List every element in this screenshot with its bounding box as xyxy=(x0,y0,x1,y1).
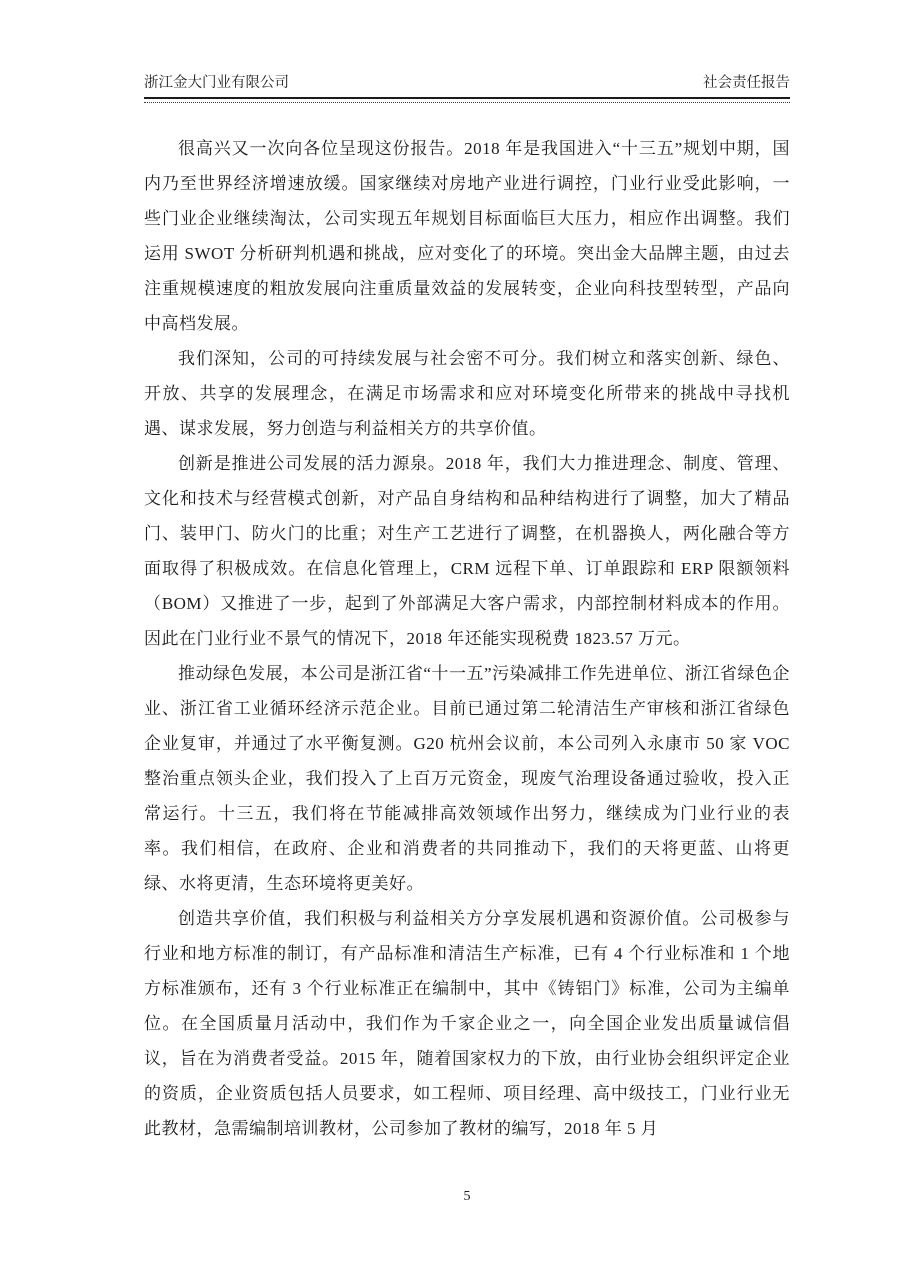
document-page: 浙江金大门业有限公司 社会责任报告 很高兴又一次向各位呈现这份报告。2018 年… xyxy=(0,0,900,1261)
page-header: 浙江金大门业有限公司 社会责任报告 xyxy=(144,74,790,92)
paragraph-5: 创造共享价值，我们积极与利益相关方分享发展机遇和资源价值。公司极参与行业和地方标… xyxy=(144,901,790,1146)
header-company-name: 浙江金大门业有限公司 xyxy=(144,74,289,92)
page-footer: 5 xyxy=(144,1189,790,1205)
paragraph-4: 推动绿色发展，本公司是浙江省“十一五”污染减排工作先进单位、浙江省绿色企业、浙江… xyxy=(144,656,790,901)
header-rule-dotted xyxy=(144,102,790,103)
paragraph-2: 我们深知，公司的可持续发展与社会密不可分。我们树立和落实创新、绿色、开放、共享的… xyxy=(144,341,790,446)
paragraph-1: 很高兴又一次向各位呈现这份报告。2018 年是我国进入“十三五”规划中期，国内乃… xyxy=(144,131,790,341)
document-body: 很高兴又一次向各位呈现这份报告。2018 年是我国进入“十三五”规划中期，国内乃… xyxy=(144,131,790,1146)
page-number: 5 xyxy=(464,1189,471,1204)
paragraph-3: 创新是推进公司发展的活力源泉。2018 年，我们大力推进理念、制度、管理、文化和… xyxy=(144,446,790,656)
header-report-title: 社会责任报告 xyxy=(703,74,790,92)
header-rule-solid xyxy=(144,97,790,99)
